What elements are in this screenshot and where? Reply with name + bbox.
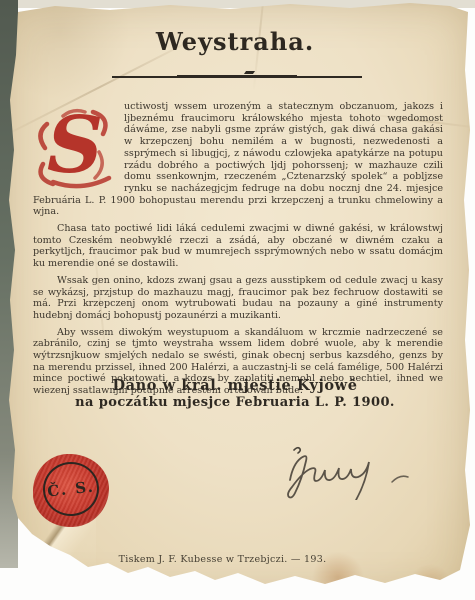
title-divider <box>112 76 362 78</box>
wax-seal-stamp: Č. S. <box>33 454 109 527</box>
handwritten-signature <box>272 436 440 500</box>
document-body: S uctiwostj wssem urozeným a statecznym … <box>33 101 443 402</box>
dateline-place: Dáno w král. mjestie Kyjowě <box>0 377 470 394</box>
document-paper: Weystraha. S uctiwostj wssem urozeným a … <box>0 0 475 600</box>
printer-imprint: Tiskem J. F. Kubesse w Trzebjczi. — 193. <box>0 554 445 565</box>
dateline-date: na poczátku mjesjce Februaria L. P. 1900… <box>0 395 470 410</box>
svg-text:S: S <box>47 102 103 190</box>
dropcap-flourish-icon: S <box>33 102 117 190</box>
document-title: Weystraha. <box>0 27 470 56</box>
dateline: Dáno w král. mjestie Kyjowě na poczátku … <box>0 377 470 410</box>
body-paragraph-3: Wssak gen onino, kdozs zwanj gsau a gezs… <box>33 275 443 322</box>
seal-initials: Č. S. <box>46 478 95 501</box>
body-paragraph-2: Chasa tato poctiwé lidi láká cedulemi zw… <box>33 223 443 270</box>
body-paragraph-1: S uctiwostj wssem urozeným a statecznym … <box>33 101 443 218</box>
ornate-dropcap: S <box>33 102 117 190</box>
